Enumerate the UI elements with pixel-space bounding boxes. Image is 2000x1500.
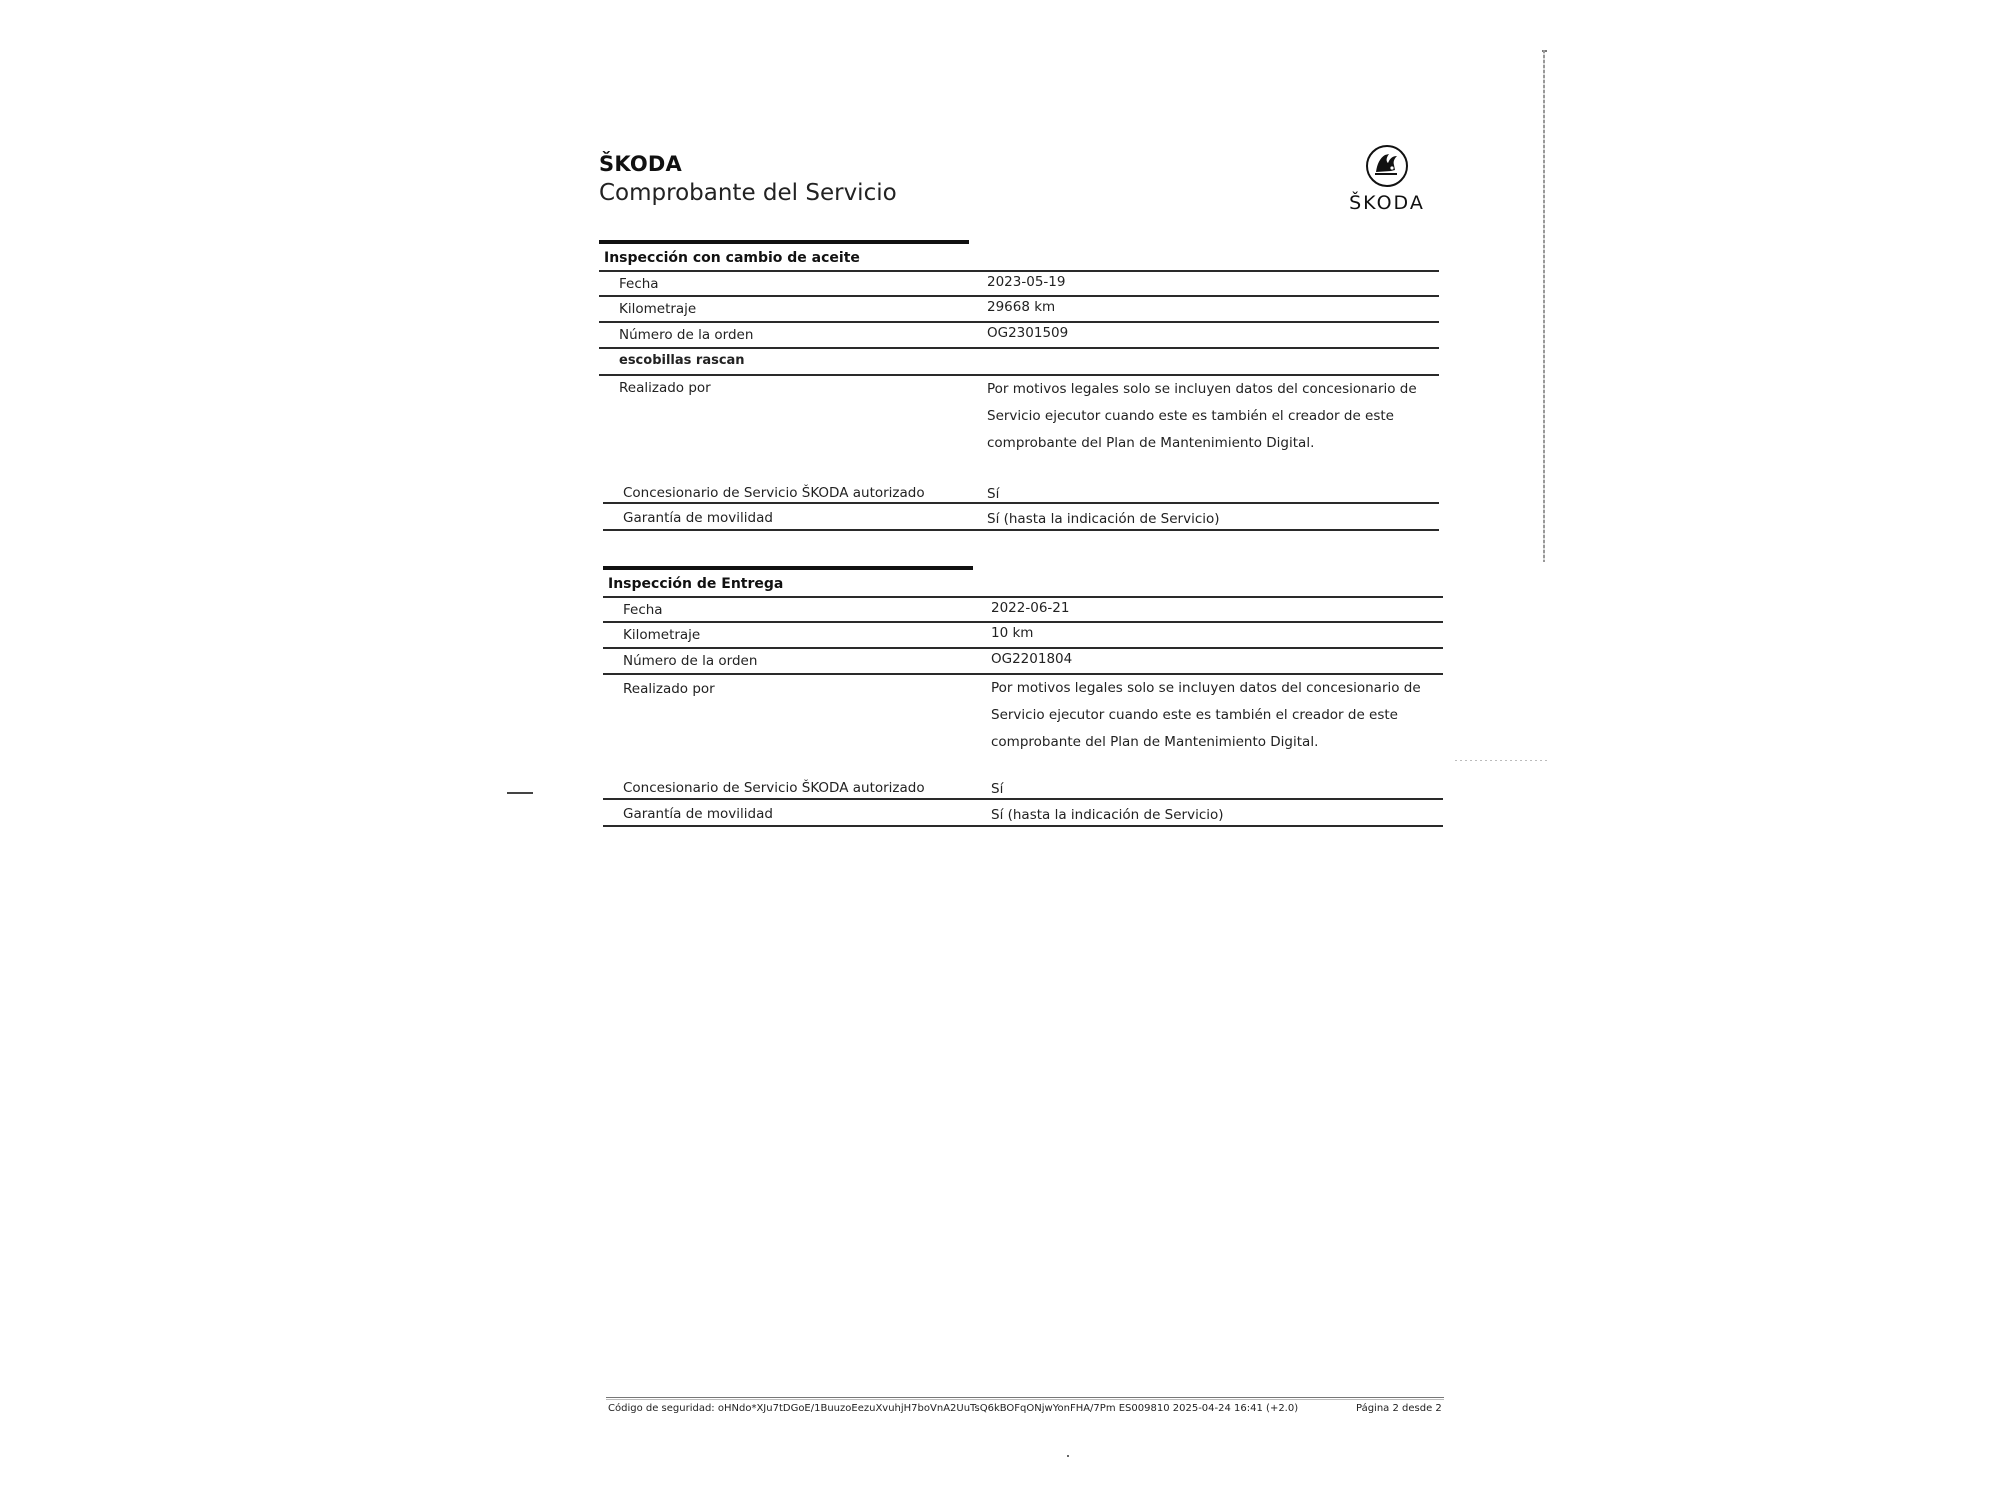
table-row: escobillas rascan — [599, 349, 1439, 376]
scan-artifact — [1543, 50, 1545, 562]
section-title: Inspección de Entrega — [608, 576, 783, 592]
scan-artifact — [1067, 1455, 1069, 1457]
page-number: Página 2 desde 2 — [1356, 1403, 1442, 1414]
logo-text: ŠKODA — [1322, 192, 1452, 214]
page-title: Comprobante del Servicio — [599, 180, 897, 206]
row-label: escobillas rascan — [619, 353, 745, 368]
row-label: Kilometraje — [619, 301, 696, 317]
row-value: 10 km — [991, 620, 1431, 646]
security-code: Código de seguridad: oHNdo*XJu7tDGoE/1Bu… — [608, 1403, 1298, 1414]
brand-name: ŠKODA — [599, 152, 682, 176]
scan-artifact — [1455, 760, 1550, 761]
table-row: Número de la orden OG2201804 — [603, 649, 1443, 675]
row-value: OG2301509 — [987, 320, 1427, 346]
row-label: Fecha — [623, 602, 663, 618]
section-divider — [599, 240, 969, 244]
row-value: 2023-05-19 — [987, 269, 1427, 295]
row-label: Garantía de movilidad — [623, 806, 773, 822]
row-label: Garantía de movilidad — [623, 510, 773, 526]
skoda-winged-arrow-icon — [1365, 144, 1409, 188]
table-row: Concesionario de Servicio ŠKODA autoriza… — [603, 479, 1439, 504]
table-row: Realizado por Por motivos legales solo s… — [599, 376, 1439, 484]
table-row: Concesionario de Servicio ŠKODA autoriza… — [603, 774, 1443, 800]
row-label: Número de la orden — [623, 653, 757, 669]
scan-artifact — [507, 792, 533, 794]
value-line: Por motivos legales solo se incluyen dat… — [991, 675, 1431, 702]
skoda-logo: ŠKODA — [1322, 144, 1452, 218]
footer-divider — [606, 1399, 1444, 1400]
value-line: Servicio ejecutor cuando este es también… — [987, 403, 1427, 430]
value-line: Servicio ejecutor cuando este es también… — [991, 702, 1431, 729]
row-value: 29668 km — [987, 294, 1427, 320]
table-row: Garantía de movilidad Sí (hasta la indic… — [603, 800, 1443, 827]
section-divider — [603, 566, 973, 570]
row-value: 2022-06-21 — [991, 595, 1431, 621]
table-row: Número de la orden OG2301509 — [599, 323, 1439, 349]
row-label: Concesionario de Servicio ŠKODA autoriza… — [623, 780, 925, 796]
row-label: Fecha — [619, 276, 659, 292]
value-line: comprobante del Plan de Mantenimiento Di… — [991, 729, 1431, 756]
row-label: Número de la orden — [619, 327, 753, 343]
table-row: Realizado por Por motivos legales solo s… — [603, 675, 1443, 775]
row-label: Concesionario de Servicio ŠKODA autoriza… — [623, 485, 925, 501]
row-label: Kilometraje — [623, 627, 700, 643]
value-line: comprobante del Plan de Mantenimiento Di… — [987, 430, 1427, 457]
row-label: Realizado por — [619, 380, 711, 396]
row-value: Por motivos legales solo se incluyen dat… — [987, 376, 1427, 457]
row-value: Por motivos legales solo se incluyen dat… — [991, 675, 1431, 756]
section-title: Inspección con cambio de aceite — [604, 250, 860, 266]
row-value: OG2201804 — [991, 646, 1431, 672]
footer-divider — [606, 1397, 1444, 1398]
row-label: Realizado por — [623, 681, 715, 697]
table-row: Garantía de movilidad Sí (hasta la indic… — [603, 504, 1439, 531]
value-line: Por motivos legales solo se incluyen dat… — [987, 376, 1427, 403]
